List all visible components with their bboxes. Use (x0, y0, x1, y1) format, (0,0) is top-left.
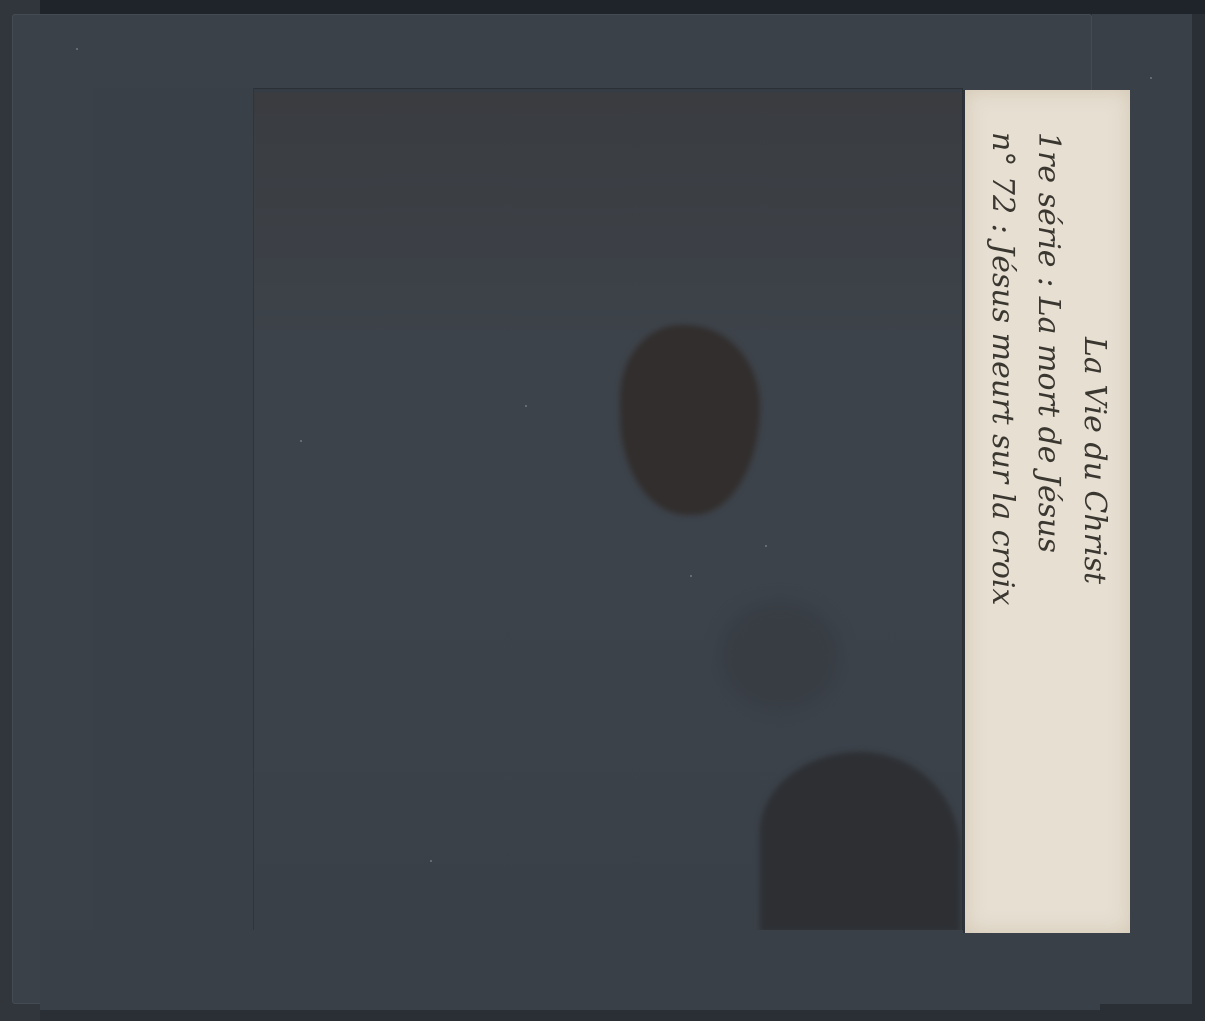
faint-figure (720, 600, 840, 710)
dust-speck (765, 545, 767, 547)
dust-speck (430, 860, 432, 862)
dust-speck (1150, 77, 1152, 79)
dust-speck (690, 575, 692, 577)
bottom-binding-tape (40, 930, 1100, 1010)
handwritten-label: La Vie du Christ 1re série : La mort de … (963, 90, 1130, 933)
label-number: n° 72 : Jésus meurt sur la croix (979, 102, 1025, 922)
label-text: La Vie du Christ 1re série : La mort de … (979, 102, 1117, 922)
background-edge (0, 0, 1205, 14)
label-title: La Vie du Christ (1071, 102, 1117, 922)
dust-speck (525, 405, 527, 407)
dust-speck (300, 440, 302, 442)
label-series: 1re série : La mort de Jésus (1025, 102, 1071, 922)
left-binding-tape (93, 88, 254, 933)
dust-speck (76, 48, 78, 50)
